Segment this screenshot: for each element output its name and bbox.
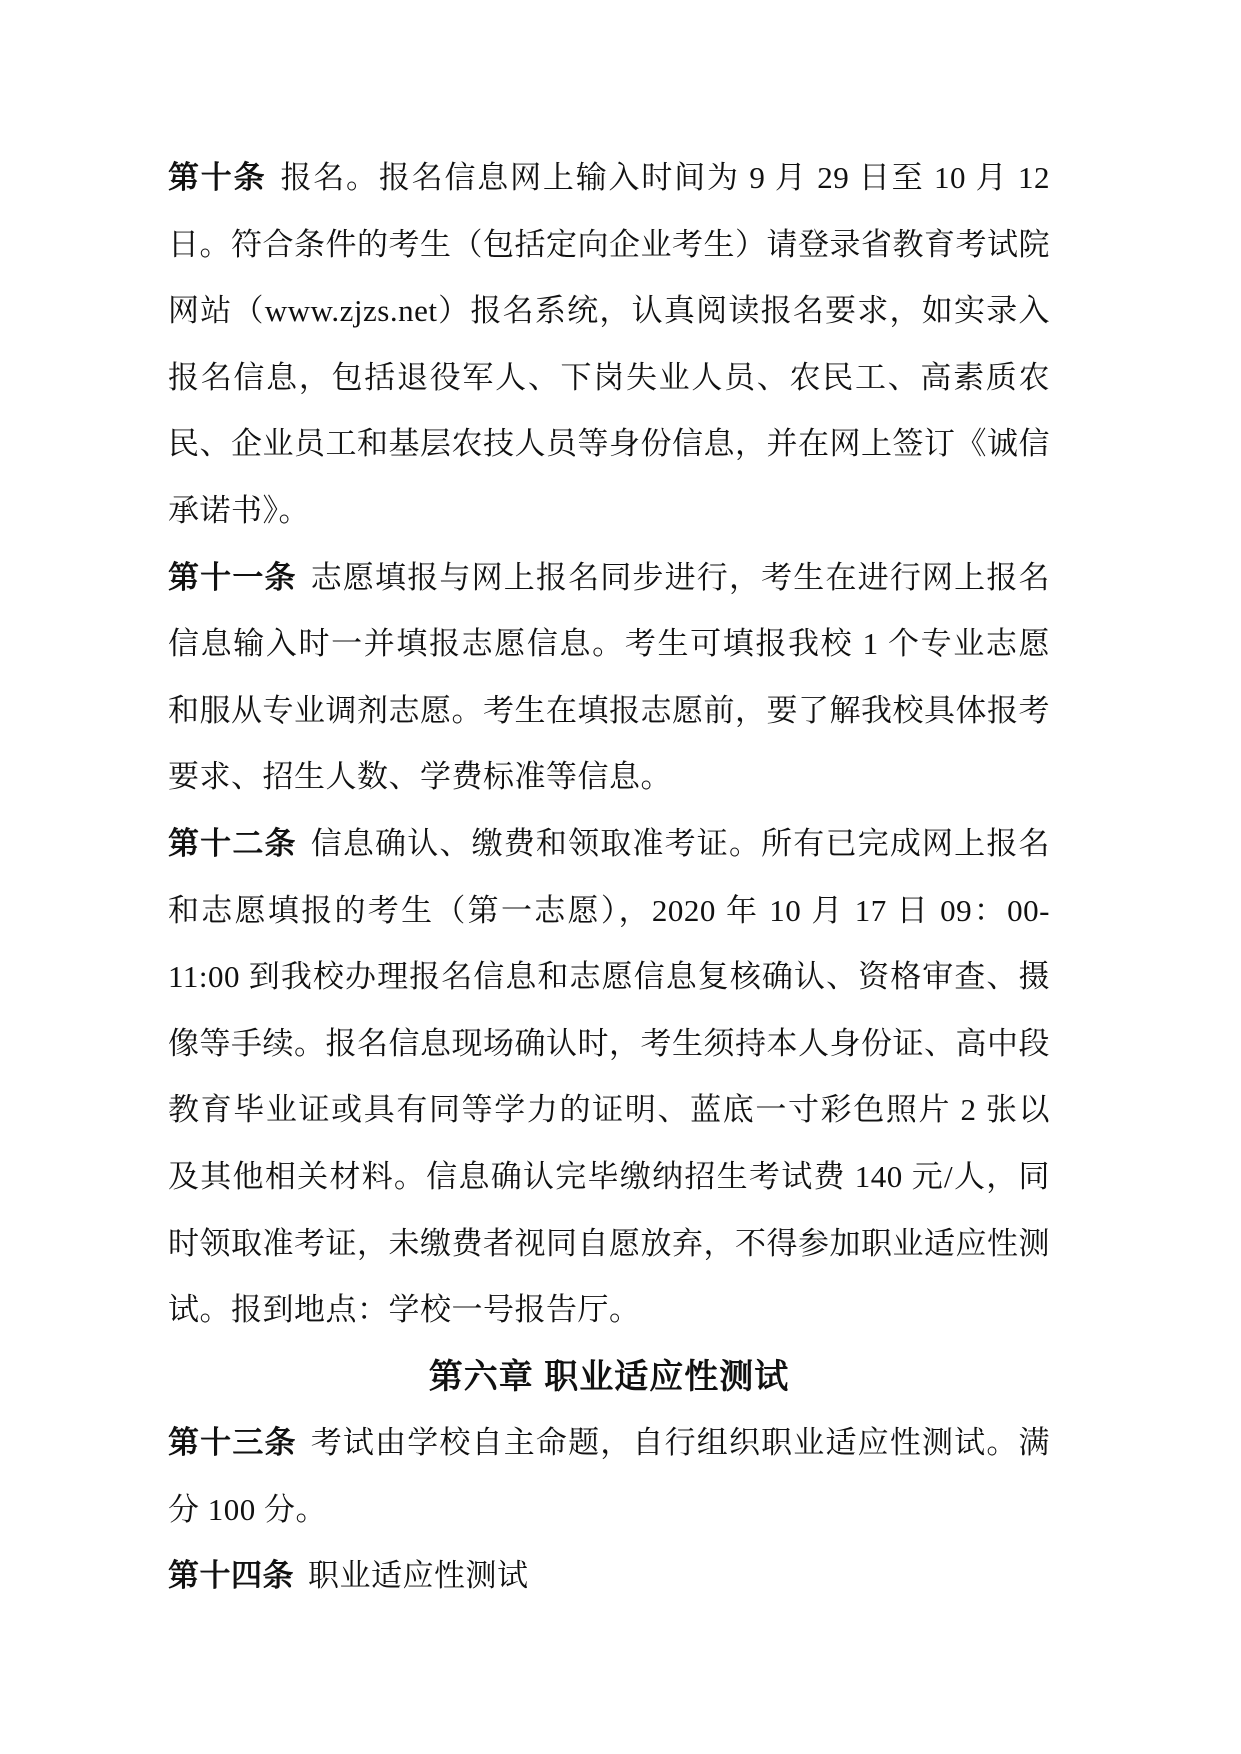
article-12-paragraph: 第十二条信息确认、缴费和领取准考证。所有已完成网上报名和志愿填报的考生（第一志愿… [168,811,1050,1344]
article-14-text: 职业适应性测试 [308,1558,529,1593]
article-10-paragraph: 第十条报名。报名信息网上输入时间为 9 月 29 日至 10 月 12 日。符合… [168,145,1050,545]
article-13-paragraph: 第十三条考试由学校自主命题，自行组织职业适应性测试。满分 100 分。 [168,1410,1050,1543]
chapter-heading: 第六章 职业适应性测试 [168,1344,1050,1411]
article-14-label: 第十四条 [168,1558,308,1593]
article-13-label: 第十三条 [168,1425,311,1460]
document-page: 第十条报名。报名信息网上输入时间为 9 月 29 日至 10 月 12 日。符合… [0,0,1241,1754]
article-10-text: 报名。报名信息网上输入时间为 9 月 29 日至 10 月 12 日。符合条件的… [168,160,1050,528]
article-11-paragraph: 第十一条志愿填报与网上报名同步进行，考生在进行网上报名信息输入时一并填报志愿信息… [168,545,1050,811]
article-11-label: 第十一条 [168,560,311,595]
article-10-label: 第十条 [168,160,280,195]
article-14-paragraph: 第十四条职业适应性测试 [168,1543,1050,1610]
article-12-text: 信息确认、缴费和领取准考证。所有已完成网上报名和志愿填报的考生（第一志愿），20… [168,826,1050,1327]
article-12-label: 第十二条 [168,826,311,861]
